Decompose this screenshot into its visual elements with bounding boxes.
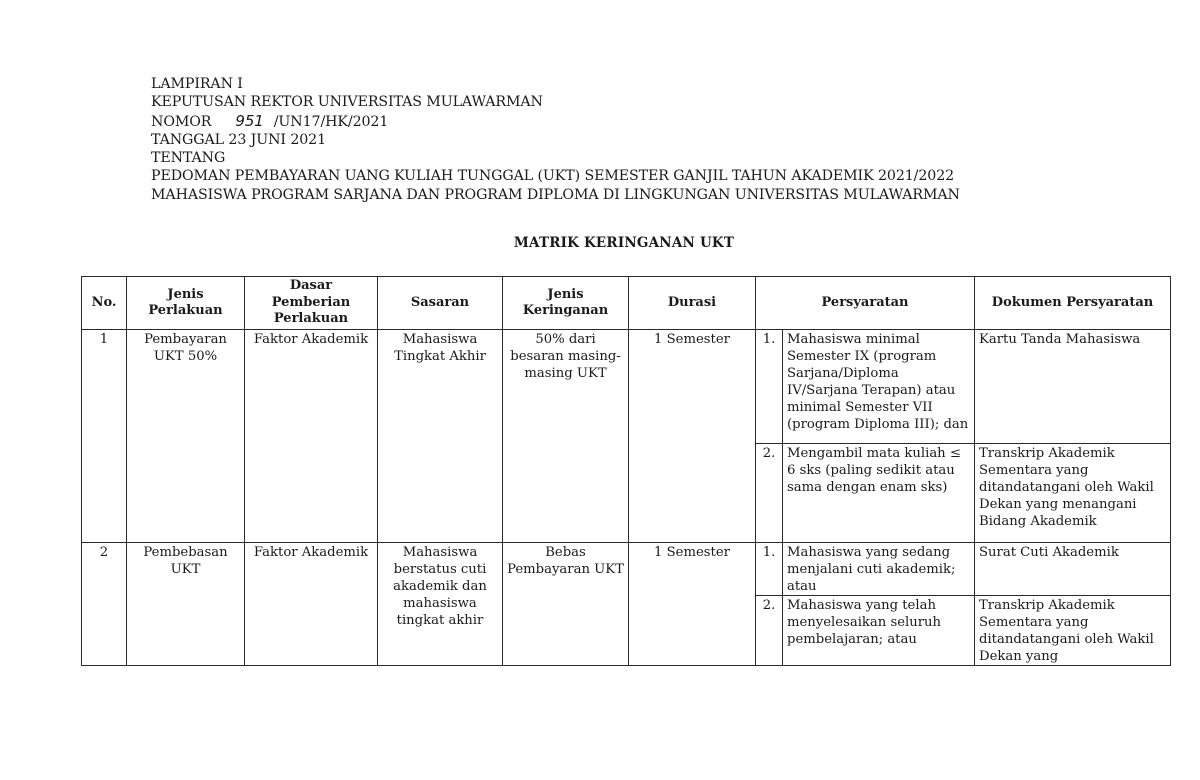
requirement-number: 2. [756, 444, 783, 543]
nomor-line: NOMOR951/UN17/HK/2021 [151, 112, 960, 131]
requirement-number: 1. [756, 330, 783, 444]
row-durasi: 1 Semester [629, 543, 756, 666]
col-header-sasaran: Sasaran [378, 277, 503, 330]
col-header-no: No. [82, 277, 127, 330]
table-header-row: No. Jenis Perlakuan Dasar Pemberian Perl… [82, 277, 1171, 330]
row-jenis-perlakuan: Pembebasan UKT [127, 543, 245, 666]
keputusan-label: KEPUTUSAN REKTOR UNIVERSITAS MULAWARMAN [151, 93, 960, 111]
document-header: LAMPIRAN I KEPUTUSAN REKTOR UNIVERSITAS … [151, 75, 960, 204]
keringanan-matrix-table: No. Jenis Perlakuan Dasar Pemberian Perl… [81, 276, 1171, 666]
row-no: 1 [82, 330, 127, 543]
row-jenis-keringanan: 50% dari besaran masing-masing UKT [503, 330, 629, 543]
tentang-label: TENTANG [151, 149, 960, 167]
row-jenis-perlakuan: Pembayaran UKT 50% [127, 330, 245, 543]
subject-line-1: PEDOMAN PEMBAYARAN UANG KULIAH TUNGGAL (… [151, 167, 960, 185]
row-sasaran: Mahasiswa Tingkat Akhir [378, 330, 503, 543]
row-no: 2 [82, 543, 127, 666]
table-row: 1 Pembayaran UKT 50% Faktor Akademik Mah… [82, 330, 1171, 444]
table-row: 2 Pembebasan UKT Faktor Akademik Mahasis… [82, 543, 1171, 596]
row-dasar: Faktor Akademik [245, 543, 378, 666]
row-durasi: 1 Semester [629, 330, 756, 543]
requirement-text: Mahasiswa minimal Semester IX (program S… [783, 330, 975, 444]
nomor-handwritten: 951 [235, 112, 263, 130]
col-header-jenis-keringanan: Jenis Keringanan [503, 277, 629, 330]
requirement-number: 2. [756, 596, 783, 666]
row-dasar: Faktor Akademik [245, 330, 378, 543]
col-header-dokumen: Dokumen Persyaratan [975, 277, 1171, 330]
nomor-label: NOMOR [151, 114, 211, 130]
requirement-document: Transkrip Akademik Sementara yang ditand… [975, 596, 1171, 666]
col-header-jenis-perlakuan: Jenis Perlakuan [127, 277, 245, 330]
requirement-text: Mengambil mata kuliah ≤ 6 sks (paling se… [783, 444, 975, 543]
col-header-durasi: Durasi [629, 277, 756, 330]
col-header-dasar: Dasar Pemberian Perlakuan [245, 277, 378, 330]
requirement-number: 1. [756, 543, 783, 596]
tanggal-line: TANGGAL 23 JUNI 2021 [151, 131, 960, 149]
row-sasaran: Mahasiswa berstatus cuti akademik dan ma… [378, 543, 503, 666]
requirement-document: Kartu Tanda Mahasiswa [975, 330, 1171, 444]
nomor-suffix: /UN17/HK/2021 [274, 114, 389, 130]
subject-line-2: MAHASISWA PROGRAM SARJANA DAN PROGRAM DI… [151, 186, 960, 204]
row-jenis-keringanan: Bebas Pembayaran UKT [503, 543, 629, 666]
requirement-text: Mahasiswa yang sedang menjalani cuti aka… [783, 543, 975, 596]
lampiran-label: LAMPIRAN I [151, 75, 960, 93]
matrix-title: MATRIK KERINGANAN UKT [0, 235, 1200, 251]
col-header-persyaratan: Persyaratan [756, 277, 975, 330]
requirement-document: Transkrip Akademik Sementara yang ditand… [975, 444, 1171, 543]
requirement-document: Surat Cuti Akademik [975, 543, 1171, 596]
requirement-text: Mahasiswa yang telah menyelesaikan selur… [783, 596, 975, 666]
